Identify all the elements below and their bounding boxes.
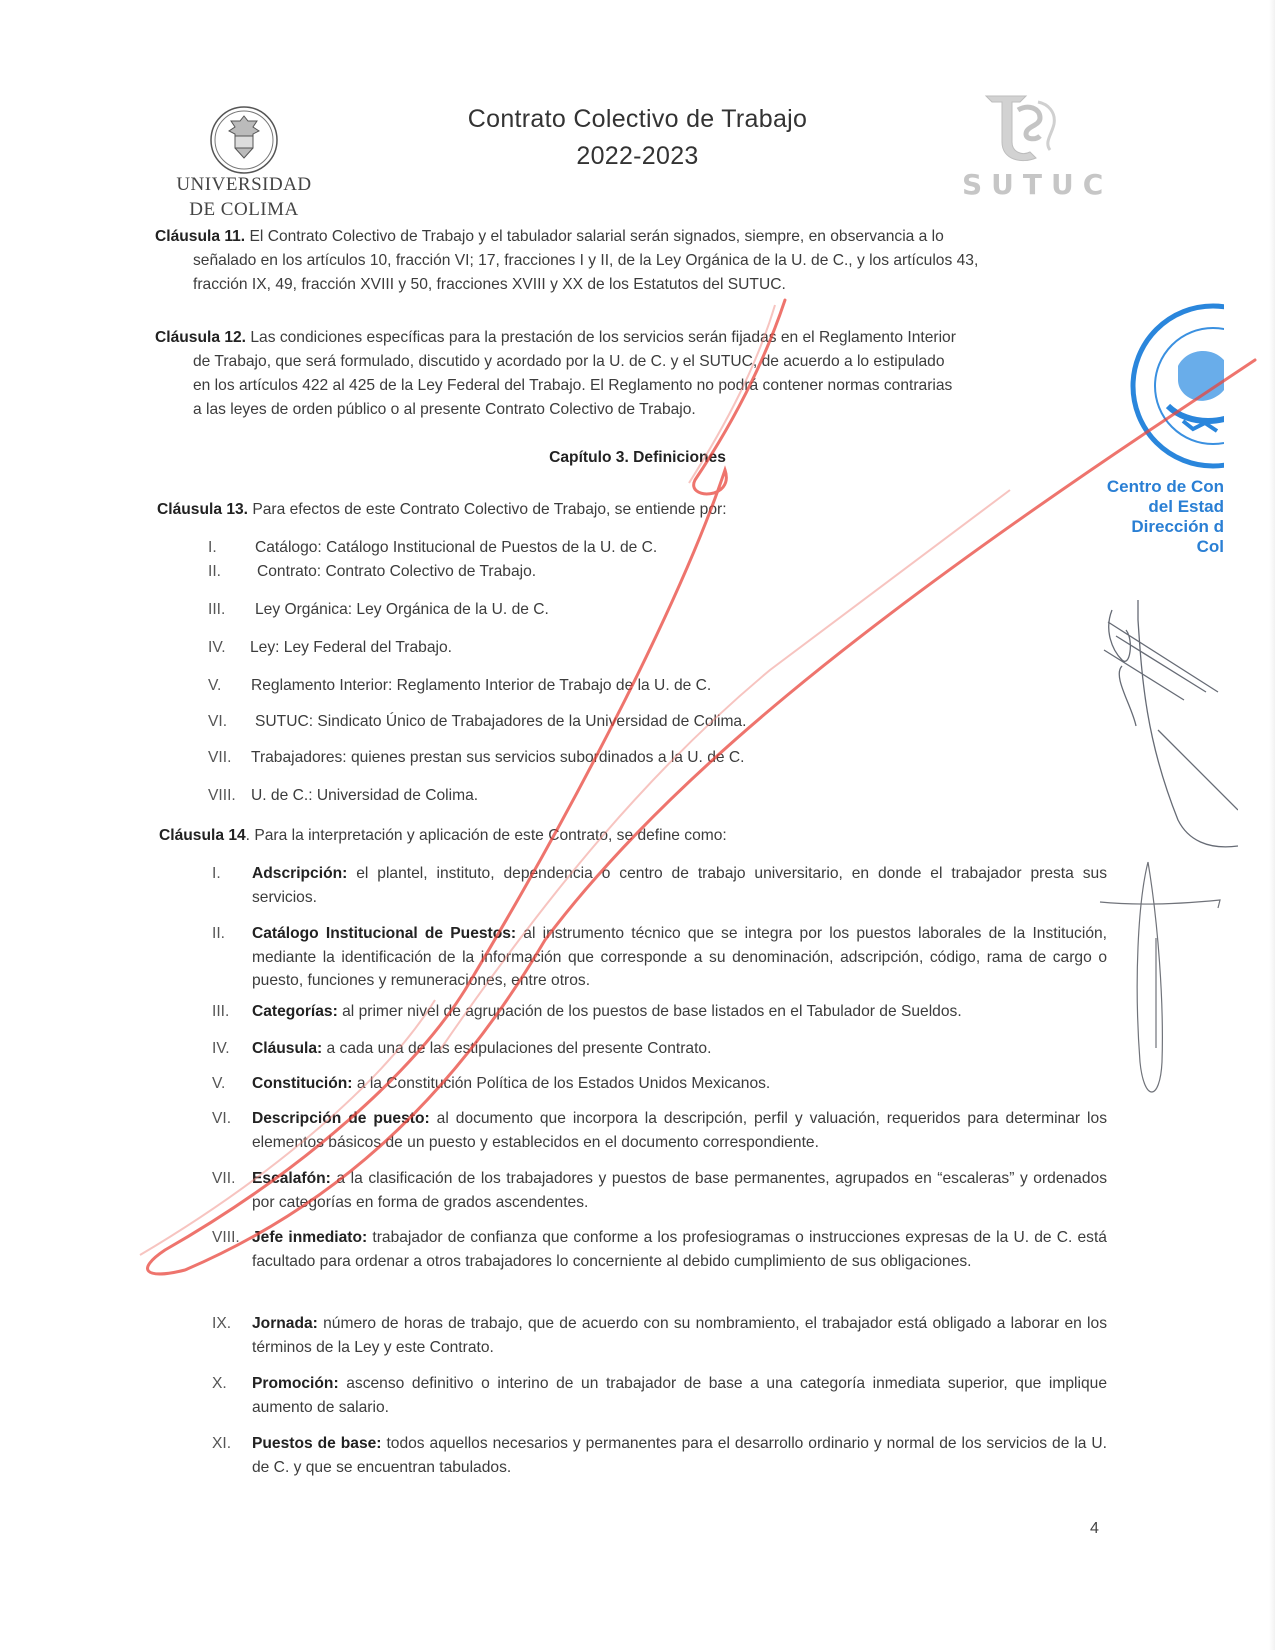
clause-12: Cláusula 12. Las condiciones específicas… <box>155 326 1100 422</box>
item-number: II. <box>208 560 221 584</box>
item-text: Adscripción: el plantel, instituto, depe… <box>252 862 1107 909</box>
item-number: VI. <box>212 1107 231 1131</box>
item-text: Catálogo: Catálogo Institucional de Pues… <box>255 536 657 560</box>
item-text: U. de C.: Universidad de Colima. <box>251 784 478 808</box>
item-number: IV. <box>212 1037 230 1061</box>
defined-term: Constitución: <box>252 1075 352 1092</box>
item-number: VI. <box>208 710 227 734</box>
item-text: Escalafón: a la clasificación de los tra… <box>252 1167 1107 1214</box>
item-text: SUTUC: Sindicato Único de Trabajadores d… <box>255 710 746 734</box>
item-number: VIII. <box>212 1226 240 1250</box>
clause-13-label: Cláusula 13. <box>157 501 248 518</box>
definition-item: III.Ley Orgánica: Ley Orgánica de la U. … <box>208 598 1088 622</box>
clause-11: Cláusula 11. El Contrato Colectivo de Tr… <box>155 225 1095 297</box>
item-text: Cláusula: a cada una de las estipulacion… <box>252 1037 1107 1061</box>
item-number: VII. <box>208 746 231 770</box>
item-text: Puestos de base: todos aquellos necesari… <box>252 1432 1107 1479</box>
item-number: X. <box>212 1372 227 1396</box>
definition-item: I.Catálogo: Catálogo Institucional de Pu… <box>208 536 1088 560</box>
definition-text: a cada una de las estipulaciones del pre… <box>322 1040 711 1057</box>
item-text: Ley Orgánica: Ley Orgánica de la U. de C… <box>255 598 549 622</box>
item-text: Catálogo Institucional de Puestos: al in… <box>252 922 1107 993</box>
sutuc-logo-text: SUTUC <box>962 168 1112 201</box>
clause-11-label: Cláusula 11. <box>155 228 245 245</box>
definition-item: VIII.U. de C.: Universidad de Colima. <box>208 784 1088 808</box>
item-text: Contrato: Contrato Colectivo de Trabajo. <box>257 560 536 584</box>
defined-term: Promoción: <box>252 1375 339 1392</box>
document-title: Contrato Colectivo de Trabajo <box>0 105 1275 134</box>
item-text: Reglamento Interior: Reglamento Interior… <box>251 674 711 698</box>
clause-13-intro: Cláusula 13. Para efectos de este Contra… <box>157 498 1057 522</box>
item-number: I. <box>212 862 221 886</box>
item-number: V. <box>212 1072 225 1096</box>
item-text: Ley: Ley Federal del Trabajo. <box>250 636 452 660</box>
page-number: 4 <box>1090 1520 1099 1538</box>
definition-text: número de horas de trabajo, que de acuer… <box>252 1315 1107 1356</box>
definition-text: a la clasificación de los trabajadores y… <box>252 1170 1107 1211</box>
defined-term: Jefe inmediato: <box>252 1229 367 1246</box>
defined-term: Descripción de puesto: <box>252 1110 430 1127</box>
item-number: VII. <box>212 1167 235 1191</box>
definition-item: VII.Trabajadores: quienes prestan sus se… <box>208 746 1088 770</box>
chapter-heading: Capítulo 3. Definiciones <box>0 449 1275 467</box>
definition-text: trabajador de confianza que conforme a l… <box>252 1229 1107 1270</box>
item-text: Trabajadores: quienes prestan sus servic… <box>251 746 745 770</box>
universidad-de-colima-name: UNIVERSIDAD DE COLIMA <box>164 172 324 222</box>
item-text: Promoción: ascenso definitivo o interino… <box>252 1372 1107 1419</box>
definition-text: a la Constitución Política de los Estado… <box>352 1075 770 1092</box>
item-text: Constitución: a la Constitución Política… <box>252 1072 1107 1096</box>
item-text: Jefe inmediato: trabajador de confianza … <box>252 1226 1107 1273</box>
signature-1-icon <box>1098 600 1238 860</box>
item-number: IX. <box>212 1312 231 1336</box>
item-number: IV. <box>208 636 226 660</box>
item-text: Descripción de puesto: al documento que … <box>252 1107 1107 1154</box>
definition-text: el plantel, instituto, dependencia o cen… <box>252 865 1107 906</box>
definition-item: IV.Ley: Ley Federal del Trabajo. <box>208 636 1088 660</box>
clause-14-label: Cláusula 14 <box>159 827 246 844</box>
stamp-caption: Centro de Con del Estad Dirección d Col <box>1080 477 1224 557</box>
clause-12-label: Cláusula 12. <box>155 329 246 346</box>
defined-term: Escalafón: <box>252 1170 331 1187</box>
defined-term: Jornada: <box>252 1315 318 1332</box>
document-years: 2022-2023 <box>0 142 1275 171</box>
defined-term: Adscripción: <box>252 865 347 882</box>
item-number: XI. <box>212 1432 231 1456</box>
defined-term: Categorías: <box>252 1003 338 1020</box>
definition-text: al primer nivel de agrupación de los pue… <box>338 1003 962 1020</box>
item-text: Jornada: número de horas de trabajo, que… <box>252 1312 1107 1359</box>
item-number: III. <box>212 1000 229 1024</box>
clause-14-intro: Cláusula 14. Para la interpretación y ap… <box>159 824 1059 848</box>
definition-item: VI.SUTUC: Sindicato Único de Trabajadore… <box>208 710 1088 734</box>
item-number: II. <box>212 922 225 946</box>
item-number: III. <box>208 598 225 622</box>
item-number: I. <box>208 536 217 560</box>
sutuc-logo-icon <box>978 92 1068 162</box>
item-number: V. <box>208 674 221 698</box>
official-stamp-icon <box>1128 296 1224 476</box>
definition-item: V.Reglamento Interior: Reglamento Interi… <box>208 674 1088 698</box>
defined-term: Puestos de base: <box>252 1435 382 1452</box>
scan-edge <box>1269 0 1275 1650</box>
defined-term: Cláusula: <box>252 1040 322 1057</box>
item-number: VIII. <box>208 784 236 808</box>
item-text: Categorías: al primer nivel de agrupació… <box>252 1000 1107 1024</box>
defined-term: Catálogo Institucional de Puestos: <box>252 925 516 942</box>
signature-2-icon <box>1098 858 1238 1108</box>
definition-text: ascenso definitivo o interino de un trab… <box>252 1375 1107 1416</box>
definition-item: II.Contrato: Contrato Colectivo de Traba… <box>208 560 1088 584</box>
